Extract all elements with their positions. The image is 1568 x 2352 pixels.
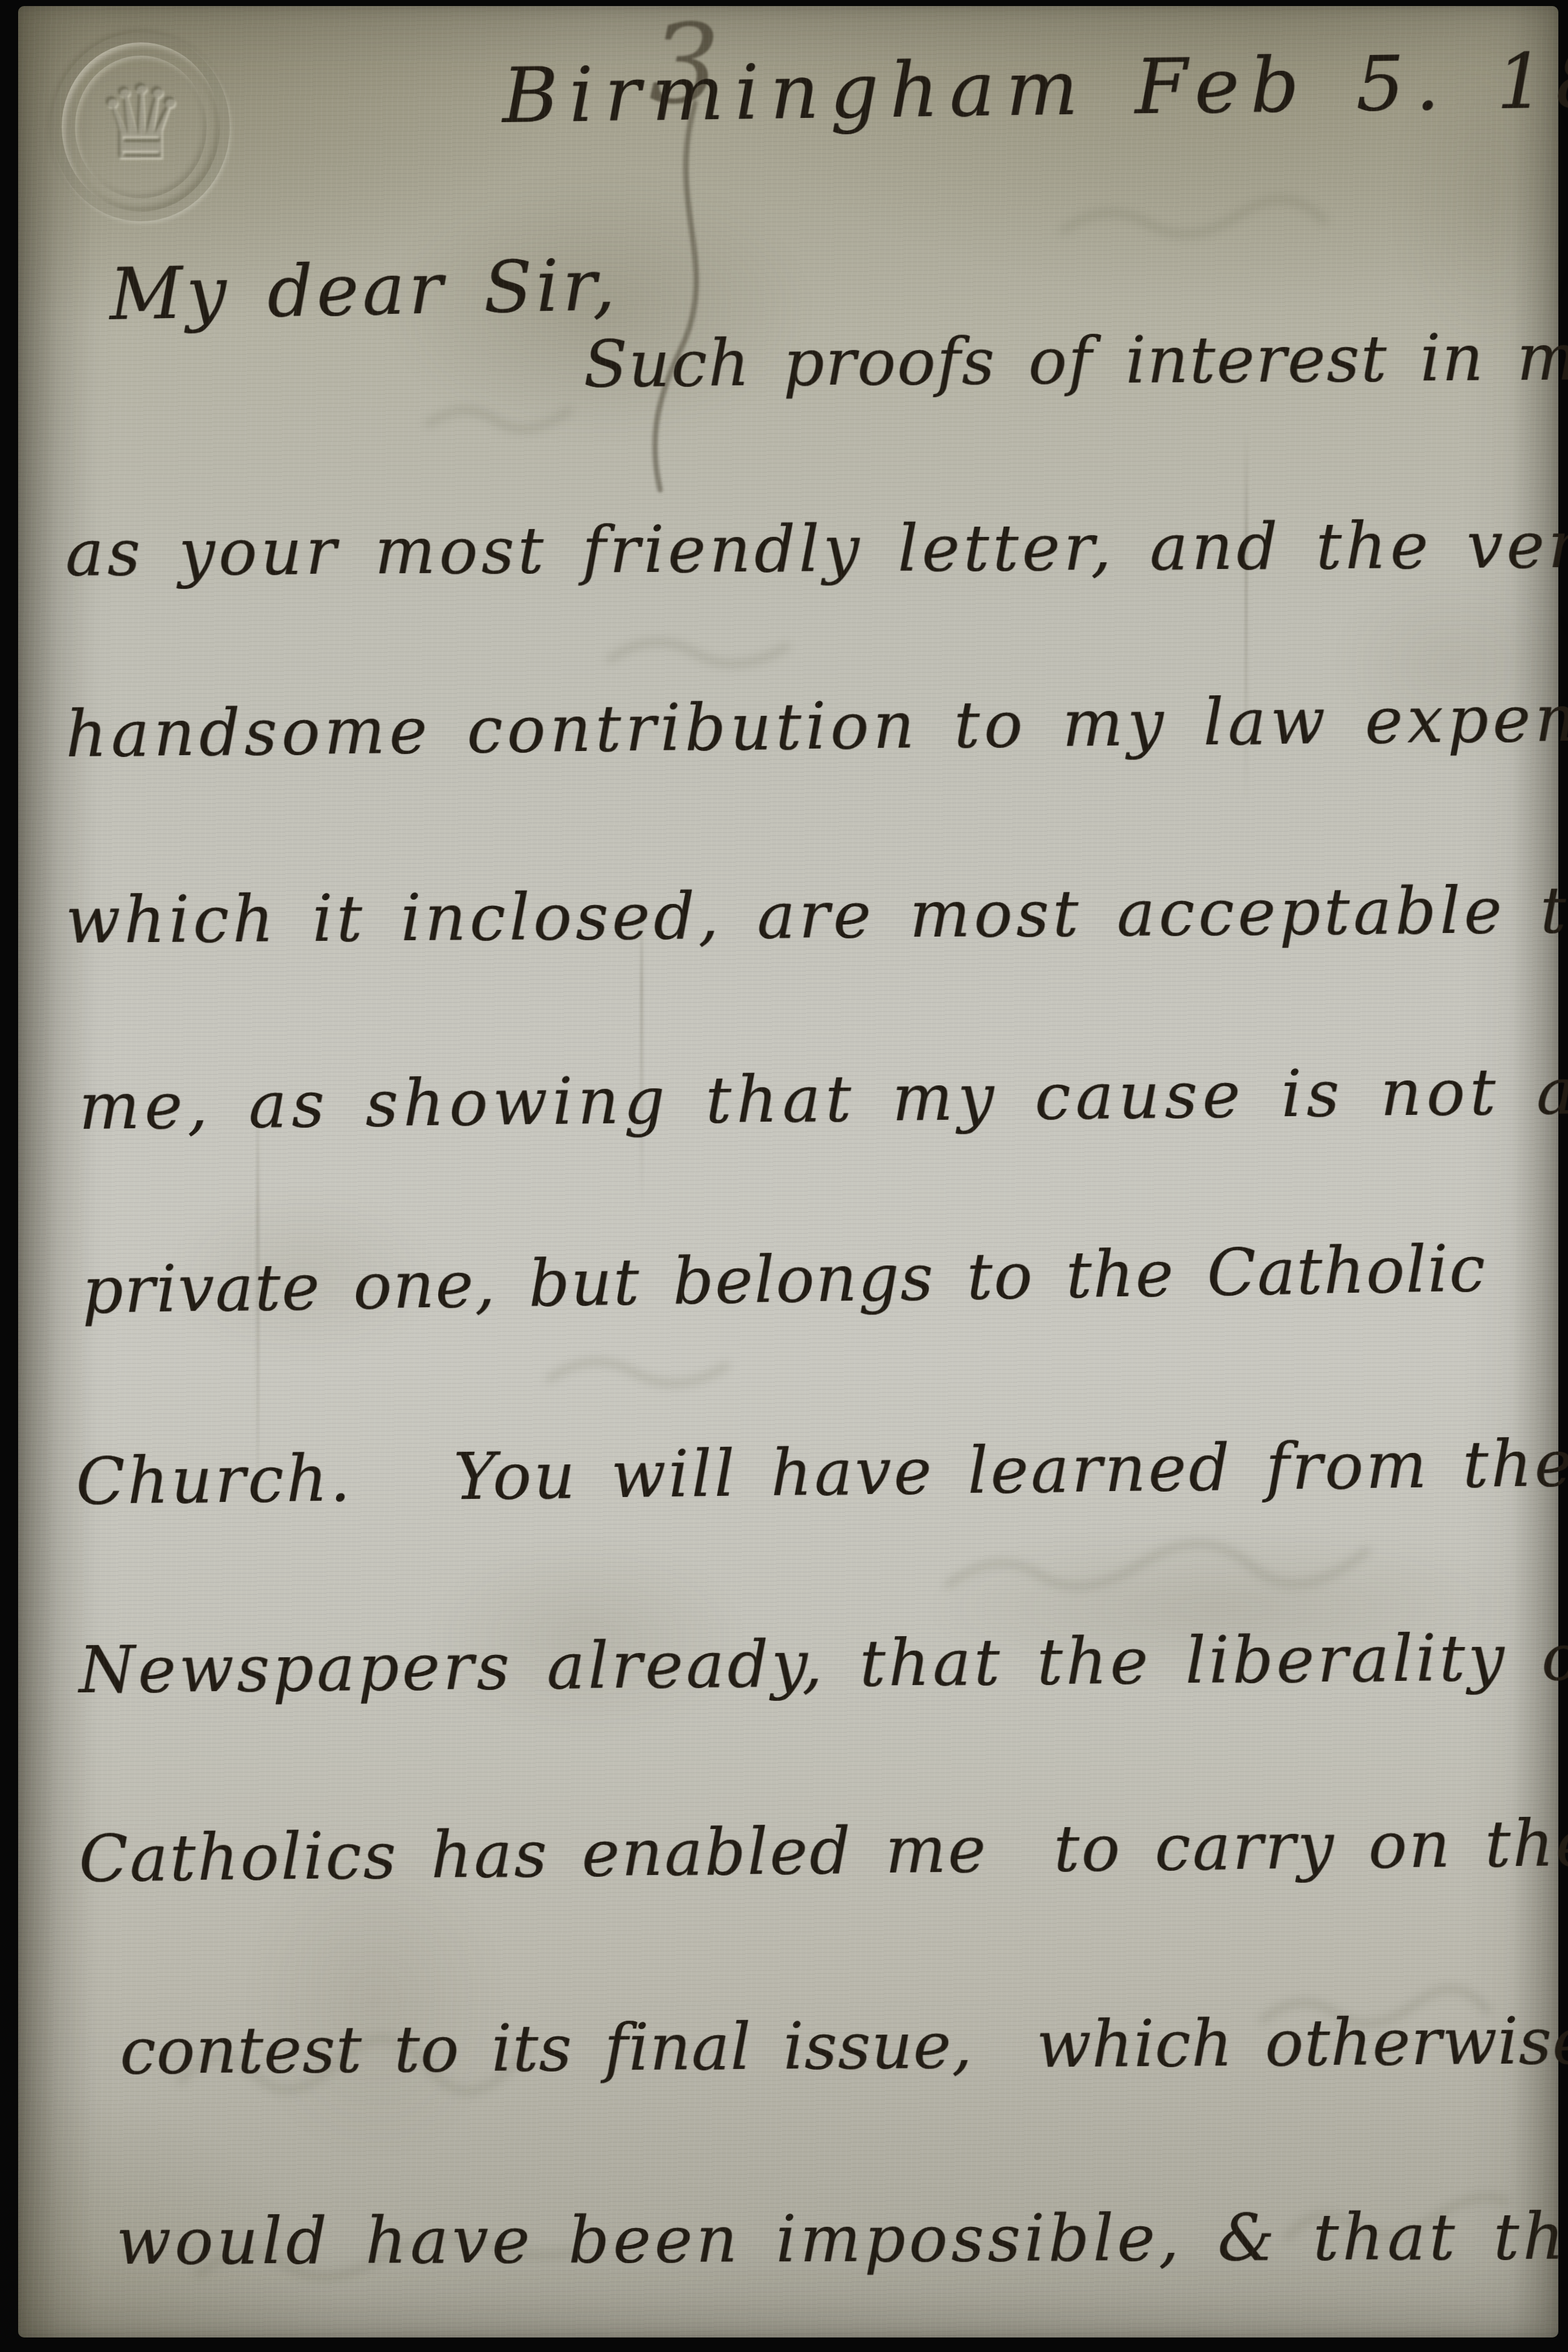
letter-page: ♛ 3 Birmingham Feb 5. 1853 My dear Sir, … <box>18 6 1558 2337</box>
photo-vignette <box>18 6 1558 2337</box>
letter-photograph: ♛ 3 Birmingham Feb 5. 1853 My dear Sir, … <box>0 0 1568 2352</box>
